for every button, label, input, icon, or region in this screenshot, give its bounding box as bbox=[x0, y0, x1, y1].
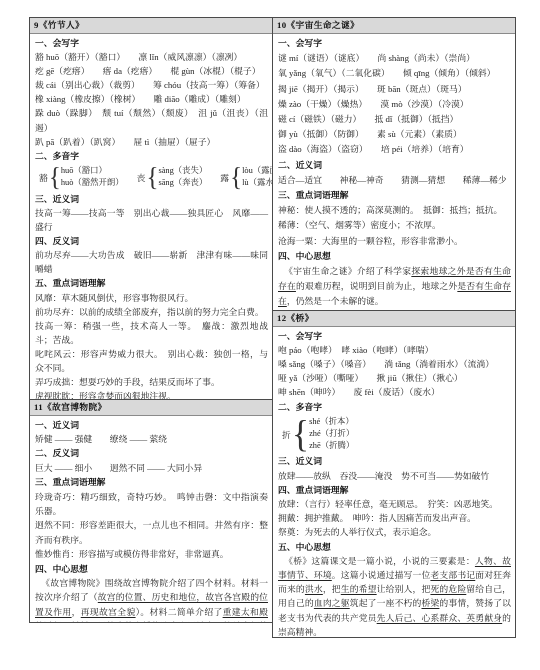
text-segment: 揭 jiē（揭开）（揭示） 斑 bān（斑点）（斑马） bbox=[278, 84, 467, 94]
text-line: 揭 jiē（揭开）（揭示） 斑 bān（斑点）（斑马） bbox=[278, 82, 511, 97]
text-line: 巨大 —— 细小 迥然不同 —— 大同小异 bbox=[35, 461, 268, 475]
text-segment: ）。材料二简单介绍了 bbox=[136, 607, 223, 617]
text-segment: 祭奠：为死去的人举行仪式，表示追念。 bbox=[278, 527, 436, 537]
polyphone-character: 露 bbox=[220, 171, 229, 184]
brace-glyph: { bbox=[49, 164, 61, 190]
text-segment: 氧 yǎng（氧气）（二氧化碳） 倾 qīng（倾角）（倾斜） bbox=[278, 68, 495, 78]
text-line: 放肆：（言行）轻率任意，毫无顾忌。 狞笑：凶恶地笑。 bbox=[278, 497, 511, 511]
subsection-heading: 五、中心思想 bbox=[278, 540, 511, 554]
subsection-heading: 三、近义词 bbox=[278, 454, 511, 468]
section-body: 一、会写字咆 páo（咆哮） 哮 xiào（咆哮）（哮喘）嗓 sǎng（嗓子）（… bbox=[273, 327, 515, 638]
text-segment: 疙 gē（疙瘩） 瘩 da（疙瘩） 棍 gùn（冰棍）（棍子） bbox=[35, 66, 261, 76]
polyphone-group: 折{shé（折本）zhé（打折）zhē（折腾） bbox=[282, 416, 354, 453]
text-line: 惟妙惟肖：形容描写或模仿得非常好，非常逼真。 bbox=[35, 547, 268, 561]
text-line: 技高一筹——技高一等 别出心裁——独具匠心 风靡——盛行 bbox=[35, 206, 268, 234]
section-title: 10《宇宙生命之谜》 bbox=[273, 18, 515, 34]
text-segment: 虎视眈眈：形容贪婪而凶狠地注视。 bbox=[35, 391, 176, 400]
reading-line: sàng（丧失） bbox=[158, 165, 207, 177]
text-segment: ，仍然是一个未解的谜。 bbox=[287, 296, 384, 306]
section-lesson-12: 12《桥》 一、会写字咆 páo（咆哮） 哮 xiào（咆哮）（哮喘）嗓 sǎn… bbox=[272, 310, 516, 638]
subsection-heading: 四、中心思想 bbox=[278, 249, 511, 264]
subsection-heading: 五、重点词语理解 bbox=[35, 276, 268, 290]
underlined-text: 血肉之躯 bbox=[314, 598, 350, 608]
text-segment: 技高一筹——技高一等 别出心裁——独具匠心 风靡——盛行 bbox=[35, 208, 268, 232]
text-line: 弄巧成拙：想耍巧妙的手段，结果反而坏了事。 bbox=[35, 375, 268, 389]
text-line: 裁 cái（别出心裁）（裁剪） 筹 chóu（技高一筹）（筹备） bbox=[35, 78, 268, 92]
text-segment: 咆 páo（咆哮） 哮 xiào（咆哮）（哮喘） bbox=[278, 345, 433, 355]
text-segment: ，把 bbox=[323, 584, 341, 594]
text-segment: 玲珑奇巧：精巧细致，奇特巧妙。 鸣钟击磬：文中指演奏乐器。 bbox=[35, 492, 268, 516]
subsection-heading: 四、中心思想 bbox=[35, 562, 268, 576]
subsection-heading: 一、会写字 bbox=[278, 329, 511, 343]
section-lesson-10: 10《宇宙生命之谜》 一、会写字谜 mí（谜语）（谜底） 尚 shàng（尚未）… bbox=[272, 17, 516, 311]
text-line: 疙 gē（疙瘩） 瘩 da（疙瘩） 棍 gùn（冰棍）（棍子） bbox=[35, 64, 268, 78]
section-title: 9《竹节人》 bbox=[30, 18, 272, 34]
text-line: 矫健 —— 强健 缭绕 —— 萦绕 bbox=[35, 432, 268, 446]
text-segment: 稀薄：（空气、烟雾等）密度小；不浓厚。 bbox=[278, 220, 441, 230]
subsection-heading: 二、多音字 bbox=[278, 400, 511, 414]
subsection-heading: 四、重点词语理解 bbox=[278, 483, 511, 497]
text-line: 氧 yǎng（氧气）（二氧化碳） 倾 qīng（倾角）（倾斜） bbox=[278, 66, 511, 81]
text-segment: 矫健 —— 强健 缭绕 —— 萦绕 bbox=[35, 434, 167, 444]
text-segment: 御 yù（抵御）（防御） 素 sù（元素）（素质） bbox=[278, 129, 462, 139]
text-line: 前功尽弃——大功告成 破旧——崭新 津津有味——味同嚼蜡 bbox=[35, 248, 268, 276]
text-segment: 前功尽弃：以前的成绩全部废弃，指以前的努力完全白费。 bbox=[35, 307, 264, 317]
brace-glyph: { bbox=[146, 164, 158, 190]
text-line: 放肆——放纵 吞没——淹没 势不可当——势如破竹 bbox=[278, 469, 511, 483]
text-segment: 叱咤风云：形容声势威力很大。 别出心裁：独创一格，与众不同。 bbox=[35, 349, 268, 373]
text-segment: ， bbox=[72, 607, 81, 617]
text-line: 嗓 sǎng（嗓子）（嗓音） 淌 tǎng（淌着雨水）（流淌） bbox=[278, 357, 511, 371]
polyphone-character: 折 bbox=[282, 428, 291, 441]
text-line: 呻 shēn（呻吟） 废 fèi（废话）（废水） bbox=[278, 385, 511, 399]
text-line: 哑 yǎ（沙哑）（嘶哑） 揪 jiū（揪住）（揪心） bbox=[278, 371, 511, 385]
section-title: 12《桥》 bbox=[273, 311, 515, 327]
subsection-heading: 二、多音字 bbox=[35, 149, 268, 163]
text-line: 叱咤风云：形容声势威力很大。 别出心裁：独创一格，与众不同。 bbox=[35, 347, 268, 375]
text-segment: 让给别人，把 bbox=[377, 584, 431, 594]
text-line: 适合—适宜 神秘—神奇 猜测—猜想 稀薄—稀少 bbox=[278, 173, 511, 188]
text-line: 豁 huō（豁开）（豁口） 凛 lǐn（威风凛凛）（凛冽） bbox=[35, 50, 268, 64]
left-column: 9《竹节人》 一、会写字豁 huō（豁开）（豁口） 凛 lǐn（威风凛凛）（凛冽… bbox=[29, 17, 273, 623]
text-line: 稀薄：（空气、烟雾等）密度小；不浓厚。 bbox=[278, 218, 511, 233]
section-title: 11《故宫博物院》 bbox=[30, 400, 272, 416]
document-page: 9《竹节人》 一、会写字豁 huō（豁开）（豁口） 凛 lǐn（威风凛凛）（凛冽… bbox=[0, 0, 540, 670]
text-line: 跺 duò（跺脚） 颓 tuí（颓然）（颓废） 沮 jǔ（沮丧）（沮遏） bbox=[35, 106, 268, 134]
text-segment: 放肆：（言行）轻率任意，毫无顾忌。 狞笑：凶恶地笑。 bbox=[278, 499, 498, 509]
underlined-text: 桥梁 bbox=[421, 598, 439, 608]
text-segment: 趴 pā（趴着）（趴窝） 屉 tì（抽屉）（屉子） bbox=[35, 137, 215, 147]
polyphone-character: 丧 bbox=[137, 171, 146, 184]
text-segment: 技高一筹：稍强一些，技术高人一等。 鏖战：激烈地战斗；苦战。 bbox=[35, 321, 268, 345]
underlined-text: 先人后己、心系群众、英勇献身 bbox=[377, 613, 503, 623]
underlined-text: 生的希望 bbox=[341, 584, 377, 594]
subsection-heading: 二、反义词 bbox=[35, 446, 268, 460]
text-segment: 惟妙惟肖：形容描写或模仿得非常好，非常逼真。 bbox=[35, 549, 229, 559]
text-line: 技高一筹：稍强一些，技术高人一等。 鏖战：激烈地战斗；苦战。 bbox=[35, 319, 268, 347]
right-column: 10《宇宙生命之谜》 一、会写字谜 mí（谜语）（谜底） 尚 shàng（尚未）… bbox=[272, 17, 516, 638]
text-segment: 燥 zào（干燥）（燥热） 漠 mò（沙漠）（冷漠） bbox=[278, 99, 469, 109]
text-segment: 神秘：使人摸不透的；高深莫测的。 抵御：抵挡；抵抗。 bbox=[278, 205, 502, 215]
text-segment: 豁 huō（豁开）（豁口） 凛 lǐn（威风凛凛）（凛冽） bbox=[35, 52, 242, 62]
polyphone-character: 豁 bbox=[39, 171, 48, 184]
text-segment: 放肆——放纵 吞没——淹没 势不可当——势如破竹 bbox=[278, 471, 489, 481]
reading-line: sāng（奔丧） bbox=[158, 177, 207, 189]
text-segment: 巨大 —— 细小 迥然不同 —— 大同小异 bbox=[35, 463, 202, 473]
subsection-heading: 一、会写字 bbox=[278, 36, 511, 51]
subsection-heading: 二、近义词 bbox=[278, 158, 511, 173]
text-line: 磁 cí（磁铁）（磁力） 抵 dǐ（抵御）（抵挡） bbox=[278, 112, 511, 127]
subsection-heading: 一、会写字 bbox=[35, 36, 268, 50]
text-line: 《宇宙生命之谜》介绍了科学家探索地球之外是否有生命存在的艰难历程，说明到目前为止… bbox=[278, 264, 511, 310]
text-line: 前功尽弃：以前的成绩全部废弃，指以前的努力完全白费。 bbox=[35, 305, 268, 319]
polyphone-group: 露{lòu（露面）lù（露水） bbox=[220, 165, 273, 190]
text-segment: 嗓 sǎng（嗓子）（嗓音） 淌 tǎng（淌着雨水）（流淌） bbox=[278, 359, 494, 369]
text-line: 风靡：草木随风倒伏，形容事物很风行。 bbox=[35, 291, 268, 305]
text-line: 拥戴：拥护推戴。 呻吟：指人因痛苦而发出声音。 bbox=[278, 511, 511, 525]
text-segment: 磁 cí（磁铁）（磁力） 抵 dǐ（抵御）（抵挡） bbox=[278, 114, 458, 124]
readings-column: shé（折本）zhé（打折）zhē（折腾） bbox=[309, 416, 354, 453]
text-line: 橡 xiàng（橡皮擦）（橡树） 雕 diāo（雕成）（雕刻） bbox=[35, 92, 268, 106]
text-segment: 《桥》这篇课文是一篇小说，小说的三要素是： bbox=[284, 556, 475, 566]
text-segment: 过程。材料三是摘自故宫博物院官方网站上，简单介绍 bbox=[44, 621, 259, 622]
section-body: 一、近义词矫健 —— 强健 缭绕 —— 萦绕二、反义词巨大 —— 细小 迥然不同… bbox=[30, 416, 272, 623]
reading-line: shé（折本） bbox=[309, 416, 354, 428]
text-segment: 呻 shēn（呻吟） 废 fèi（废话）（废水） bbox=[278, 387, 440, 397]
text-line: 咆 páo（咆哮） 哮 xiào（咆哮）（哮喘） bbox=[278, 343, 511, 357]
polyphone-row: 折{shé（折本）zhé（打折）zhē（折腾） bbox=[278, 414, 511, 455]
polyphone-group: 豁{huō（豁口）huò（豁然开朗） bbox=[39, 165, 124, 190]
reading-line: zhē（折腾） bbox=[309, 440, 354, 452]
reading-line: lòu（露面） bbox=[242, 165, 273, 177]
text-line: 《故宫博物院》围绕故宫博物院介绍了四个材料。材料一按次序介绍了（故宫的位置、历史… bbox=[35, 576, 268, 623]
text-segment: 《宇宙生命之谜》介绍了科学家 bbox=[284, 266, 411, 276]
text-segment: 裁 cái（别出心裁）（裁剪） 筹 chóu（技高一筹）（筹备） bbox=[35, 80, 265, 90]
text-line: 玲珑奇巧：精巧细致，奇特巧妙。 鸣钟击磬：文中指演奏乐器。 bbox=[35, 490, 268, 519]
underlined-text: 死的危险 bbox=[430, 584, 466, 594]
text-segment: 的艰难历程，说明到目前为止，地球之外 bbox=[296, 281, 457, 291]
section-lesson-9: 9《竹节人》 一、会写字豁 huō（豁开）（豁口） 凛 lǐn（威风凛凛）（凛冽… bbox=[29, 17, 273, 400]
text-line: 御 yù（抵御）（防御） 素 sù（元素）（素质） bbox=[278, 127, 511, 142]
section-body: 一、会写字豁 huō（豁开）（豁口） 凛 lǐn（威风凛凛）（凛冽）疙 gē（疙… bbox=[30, 34, 272, 400]
text-segment: 盗 dào（海盗）（盗窃） 培 péi（培养）（培育） bbox=[278, 144, 469, 154]
subsection-heading: 四、反义词 bbox=[35, 234, 268, 248]
text-line: 神秘：使人摸不透的；高深莫测的。 抵御：抵挡；抵抗。 bbox=[278, 203, 511, 218]
text-segment: 。这篇小说通过描写一位 bbox=[332, 570, 431, 580]
text-line: 谜 mí（谜语）（谜底） 尚 shàng（尚未）（崇尚） bbox=[278, 51, 511, 66]
text-segment: 适合—适宜 神秘—神奇 猜测—猜想 稀薄—稀少 bbox=[278, 175, 507, 185]
text-segment: 迥然不同：形容差距很大，一点儿也不相同。井然有序：整齐而有秩序。 bbox=[35, 520, 268, 544]
section-lesson-11: 11《故宫博物院》 一、近义词矫健 —— 强健 缭绕 —— 萦绕二、反义词巨大 … bbox=[29, 399, 273, 623]
text-segment: 拥戴：拥护推戴。 呻吟：指人因痛苦而发出声音。 bbox=[278, 513, 476, 523]
reading-line: lù（露水） bbox=[242, 177, 273, 189]
subsection-heading: 三、近义词 bbox=[35, 192, 268, 206]
text-line: 趴 pā（趴着）（趴窝） 屉 tì（抽屉）（屉子） bbox=[35, 135, 268, 149]
text-segment: 哑 yǎ（沙哑）（嘶哑） 揪 jiū（揪住）（揪心） bbox=[278, 373, 463, 383]
reading-line: huò（豁然开朗） bbox=[61, 177, 124, 189]
reading-line: huō（豁口） bbox=[61, 165, 124, 177]
text-line: 迥然不同：形容差距很大，一点儿也不相同。井然有序：整齐而有秩序。 bbox=[35, 518, 268, 547]
text-line: 沧海一粟：大海里的一颗谷粒，形容非常渺小。 bbox=[278, 234, 511, 249]
readings-column: sàng（丧失）sāng（奔丧） bbox=[158, 165, 207, 189]
underlined-text: 洪水 bbox=[305, 584, 323, 594]
subsection-heading: 三、重点词语理解 bbox=[35, 475, 268, 489]
text-segment: 风靡：草木随风倒伏，形容事物很风行。 bbox=[35, 293, 193, 303]
reading-line: zhé（打折） bbox=[309, 428, 354, 440]
section-body: 一、会写字谜 mí（谜语）（谜底） 尚 shàng（尚未）（崇尚）氧 yǎng（… bbox=[273, 34, 515, 311]
polyphone-group: 丧{sàng（丧失）sāng（奔丧） bbox=[137, 165, 208, 190]
text-segment: 前功尽弃——大功告成 破旧——崭新 津津有味——味同嚼蜡 bbox=[35, 250, 268, 274]
text-segment: 橡 xiàng（橡皮擦）（橡树） 雕 diāo（雕成）（雕刻） bbox=[35, 94, 246, 104]
subsection-heading: 三、重点词语理解 bbox=[278, 188, 511, 203]
readings-column: lòu（露面）lù（露水） bbox=[242, 165, 273, 189]
text-segment: 谜 mí（谜语）（谜底） 尚 shàng（尚未）（崇尚） bbox=[278, 53, 475, 63]
polyphone-row: 豁{huō（豁口）huò（豁然开朗）丧{sàng（丧失）sāng（奔丧）露{lò… bbox=[35, 163, 268, 192]
readings-column: huō（豁口）huò（豁然开朗） bbox=[61, 165, 124, 189]
text-segment: 弄巧成拙：想耍巧妙的手段，结果反而坏了事。 bbox=[35, 377, 220, 387]
text-segment: 跺 duò（跺脚） 颓 tuí（颓然）（颓废） 沮 jǔ（沮丧）（沮遏） bbox=[35, 108, 268, 132]
brace-glyph: { bbox=[292, 415, 309, 453]
text-segment: 筑起了一座不朽的 bbox=[350, 598, 422, 608]
subsection-heading: 一、近义词 bbox=[35, 418, 268, 432]
underlined-text: 再现故宫全貌 bbox=[81, 607, 136, 617]
text-segment: 沧海一粟：大海里的一颗谷粒，形容非常渺小。 bbox=[278, 236, 463, 246]
text-line: 燥 zào（干燥）（燥热） 漠 mò（沙漠）（冷漠） bbox=[278, 97, 511, 112]
text-line: 《桥》这篇课文是一篇小说，小说的三要素是：人物、故事情节、环境。这篇小说通过描写… bbox=[278, 554, 511, 638]
text-line: 盗 dào（海盗）（盗窃） 培 péi（培养）（培育） bbox=[278, 142, 511, 157]
brace-glyph: { bbox=[230, 164, 242, 190]
text-line: 祭奠：为死去的人举行仪式，表示追念。 bbox=[278, 525, 511, 539]
underlined-text: 老支部书记 bbox=[430, 570, 475, 580]
